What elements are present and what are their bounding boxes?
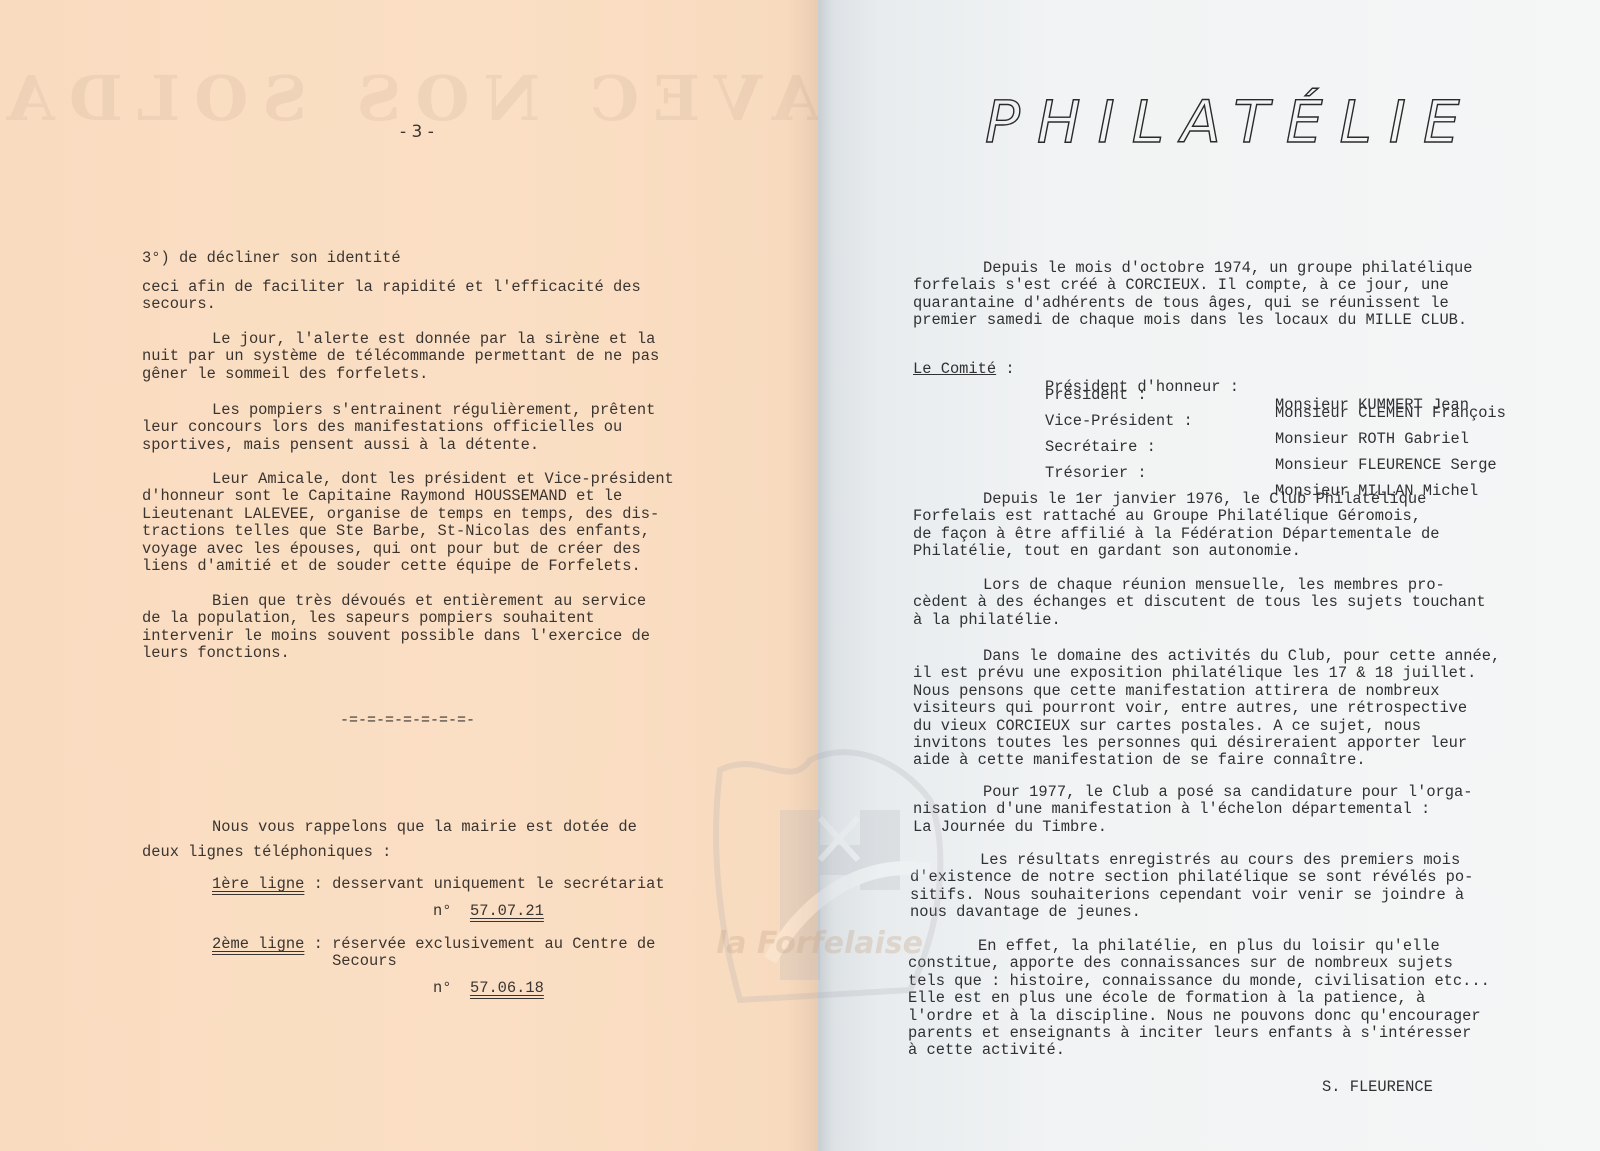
paragraph-entrainement: Les pompiers s'entrainent régulièrement,…: [142, 402, 655, 454]
paragraph-reunion-text: Lors de chaque réunion mensuelle, les me…: [913, 576, 1486, 629]
signature: S. FLEURENCE: [1322, 1078, 1433, 1096]
paragraph-intro-text: Depuis le mois d'octobre 1974, un groupe…: [913, 259, 1473, 329]
phone-line-1-label: 1ère ligne: [212, 875, 304, 893]
paragraph-devoues-text: Bien que très dévoués et entièrement au …: [142, 592, 650, 662]
paragraph-secours: ceci afin de faciliter la rapidité et l'…: [142, 279, 641, 314]
page-number: - 3 -: [400, 122, 434, 142]
phone-line-2: 2ème ligne : réservée exclusivement au C…: [212, 936, 655, 971]
phone-line-1-description: : desservant uniquement le secrétariat: [304, 875, 664, 893]
paragraph-resultats-text: Les résultats enregistrés au cours des p…: [910, 851, 1473, 921]
paragraph-amicale-text: Leur Amicale, dont les président et Vice…: [142, 470, 674, 575]
paragraph-en-effet: En effet, la philatélie, en plus du lois…: [908, 938, 1490, 1060]
phone-line-2-number-row: n° 57.06.18: [433, 980, 544, 997]
paragraph-alerte-text: Le jour, l'alerte est donnée par la sirè…: [142, 330, 659, 383]
section-divider: -=-=-=-=-=-=-=-: [340, 712, 475, 729]
paragraph-en-effet-text: En effet, la philatélie, en plus du lois…: [908, 937, 1490, 1059]
phone-number-prefix: n°: [433, 979, 451, 997]
paragraph-rattachement-text: Depuis le 1er janvier 1976, le Club Phil…: [913, 490, 1439, 560]
committee-row: Trésorier : Monsieur MILLAN Michel: [913, 446, 950, 472]
committee-table: Le Comité : Président d'honneur : Monsie…: [913, 342, 950, 472]
committee-name: Monsieur FLEURENCE Serge: [1275, 456, 1497, 474]
phone-line-1: 1ère ligne : desservant uniquement le se…: [212, 876, 665, 893]
watermark-text: la Forfelaise: [716, 926, 923, 961]
phone-line-2-label: 2ème ligne: [212, 935, 304, 953]
phone-intro: Nous vous rappelons que la mairie est do…: [142, 815, 637, 865]
paragraph-alerte: Le jour, l'alerte est donnée par la sirè…: [142, 331, 659, 383]
paragraph-amicale: Leur Amicale, dont les président et Vice…: [142, 471, 674, 575]
committee-role: Président :: [1045, 386, 1147, 404]
committee-name: Monsieur ROTH Gabriel: [1275, 430, 1469, 448]
committee-separator: :: [996, 360, 1014, 378]
committee-row: Vice-Président : Monsieur ROTH Gabriel: [913, 394, 950, 420]
committee-name: Monsieur CLEMENT François: [1275, 404, 1506, 422]
committee-role: Secrétaire :: [1045, 438, 1156, 456]
paragraph-exposition-text: Dans le domaine des activités du Club, p…: [913, 647, 1500, 769]
paragraph-entrainement-text: Les pompiers s'entrainent régulièrement,…: [142, 401, 655, 454]
committee-row: Président : Monsieur CLEMENT François: [913, 368, 950, 394]
paragraph-candidature: Pour 1977, le Club a posé sa candidature…: [913, 784, 1473, 836]
phone-number-prefix: n°: [433, 902, 451, 920]
paragraph-rattachement: Depuis le 1er janvier 1976, le Club Phil…: [913, 491, 1439, 561]
committee-row: Le Comité : Président d'honneur : Monsie…: [913, 342, 950, 368]
left-page: AVEC NOS SOLDATS DU FEU - 3 - 3°) de déc…: [0, 0, 818, 1151]
paragraph-identity: 3°) de décliner son identité: [142, 250, 401, 267]
paragraph-candidature-text: Pour 1977, le Club a posé sa candidature…: [913, 783, 1473, 836]
committee-role: Vice-Président :: [1045, 412, 1193, 430]
paragraph-devoues: Bien que très dévoués et entièrement au …: [142, 593, 650, 663]
phone-line-2-number: 57.06.18: [470, 979, 544, 997]
committee-role: Trésorier :: [1045, 464, 1147, 482]
paragraph-intro: Depuis le mois d'octobre 1974, un groupe…: [913, 260, 1473, 330]
phone-line-1-number: 57.07.21: [470, 902, 544, 920]
paragraph-resultats: Les résultats enregistrés au cours des p…: [910, 852, 1473, 922]
phone-line-1-number-row: n° 57.07.21: [433, 903, 544, 920]
committee-row: Secrétaire : Monsieur FLEURENCE Serge: [913, 420, 950, 446]
page-title: PHILATÉLIE: [985, 88, 1477, 156]
paragraph-exposition: Dans le domaine des activités du Club, p…: [913, 648, 1500, 770]
phone-intro-text: Nous vous rappelons que la mairie est do…: [142, 818, 637, 861]
paragraph-reunion: Lors de chaque réunion mensuelle, les me…: [913, 577, 1486, 629]
